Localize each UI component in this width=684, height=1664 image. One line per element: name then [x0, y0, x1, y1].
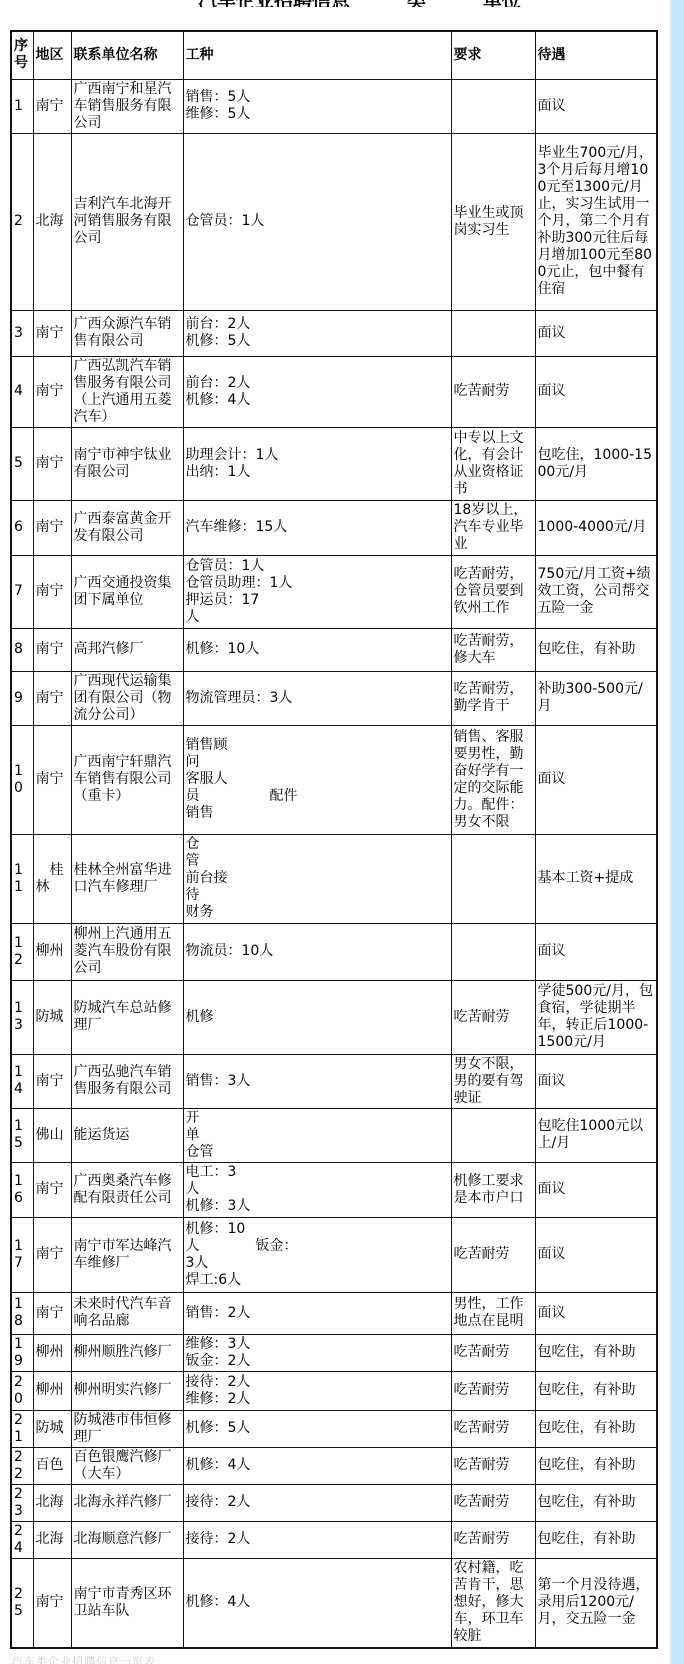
region-cell: 南宁 — [33, 671, 71, 725]
serial-cell: 5 — [11, 427, 33, 500]
region-cell: 南宁 — [33, 1162, 71, 1217]
serial-cell: 11 — [11, 834, 33, 923]
region-cell: 柳州 — [33, 1334, 71, 1371]
serial-cell: 9 — [11, 671, 33, 725]
table-row: 4南宁广西弘凯汽车销售服务有限公司（上汽通用五菱汽车）前台：2人 机修：4人吃苦… — [11, 356, 657, 427]
table-row: 5南宁南宁市神宇钛业有限公司助理会计：1人 出纳：1人中专以上文化，有会计从业资… — [11, 427, 657, 500]
region-cell: 桂 林 — [33, 834, 71, 923]
jobs-cell: 机修：4人 — [183, 1447, 451, 1484]
requirements-cell — [451, 79, 535, 133]
region-cell: 南宁 — [33, 628, 71, 671]
region-cell: 南宁 — [33, 725, 71, 834]
jobs-cell: 销售：5人 维修：5人 — [183, 79, 451, 133]
jobs-cell: 前台：2人 机修：5人 — [183, 310, 451, 356]
region-cell: 百色 — [33, 1447, 71, 1484]
region-cell: 南宁 — [33, 310, 71, 356]
serial-cell: 24 — [11, 1521, 33, 1558]
region-cell: 南宁 — [33, 555, 71, 628]
requirements-cell — [451, 1108, 535, 1162]
salary-cell: 包吃住，有补助 — [535, 628, 657, 671]
jobs-cell: 机修 — [183, 980, 451, 1054]
region-cell: 防城 — [33, 1410, 71, 1447]
serial-cell: 6 — [11, 500, 33, 555]
requirements-cell: 男女不限，男的要有驾驶证 — [451, 1054, 535, 1108]
page-title-text: 汽车企业招聘信息 类 单位 — [0, 0, 660, 7]
salary-cell: 包吃住，有补助 — [535, 1447, 657, 1484]
serial-cell: 3 — [11, 310, 33, 356]
requirements-cell: 吃苦耐劳 — [451, 1410, 535, 1447]
jobs-cell: 仓管员：1人 — [183, 133, 451, 310]
requirements-cell: 吃苦耐劳，仓管员要到钦州工作 — [451, 555, 535, 628]
table-row: 15佛山能运货运开 单 仓管包吃住1000元以上/月 — [11, 1108, 657, 1162]
jobs-cell: 前台：2人 机修：4人 — [183, 356, 451, 427]
requirements-cell: 毕业生或顶岗实习生 — [451, 133, 535, 310]
requirements-cell: 吃苦耐劳 — [451, 980, 535, 1054]
salary-cell: 包吃住，有补助 — [535, 1521, 657, 1558]
table-row: 24北海北海顺意汽修厂接待：2人吃苦耐劳包吃住，有补助 — [11, 1521, 657, 1558]
salary-cell: 面议 — [535, 923, 657, 980]
requirements-cell: 吃苦耐劳 — [451, 1334, 535, 1371]
column-header: 工种 — [183, 31, 451, 79]
company-cell: 广西泰富黄金开发有限公司 — [71, 500, 183, 555]
serial-cell: 23 — [11, 1484, 33, 1521]
company-cell: 广西弘凯汽车销售服务有限公司（上汽通用五菱汽车） — [71, 356, 183, 427]
company-cell: 百色银鹰汽修厂（大车） — [71, 1447, 183, 1484]
job-table-body: 1南宁广西南宁和星汽车销售服务有限公司销售：5人 维修：5人面议2北海吉利汽车北… — [11, 79, 657, 1648]
table-row: 3南宁广西众源汽车销售有限公司前台：2人 机修：5人面议 — [11, 310, 657, 356]
company-cell: 柳州顺胜汽修厂 — [71, 1334, 183, 1371]
salary-cell: 基本工资+提成 — [535, 834, 657, 923]
region-cell: 柳州 — [33, 1371, 71, 1410]
column-header: 待遇 — [535, 31, 657, 79]
serial-cell: 1 — [11, 79, 33, 133]
company-cell: 广西奥桑汽车修配有限责任公司 — [71, 1162, 183, 1217]
salary-cell: 面议 — [535, 1054, 657, 1108]
requirements-cell: 吃苦耐劳 — [451, 356, 535, 427]
serial-cell: 7 — [11, 555, 33, 628]
salary-cell: 包吃住1000元以上/月 — [535, 1108, 657, 1162]
column-header: 联系单位名称 — [71, 31, 183, 79]
company-cell: 南宁市青秀区环卫站车队 — [71, 1558, 183, 1648]
region-cell: 柳州 — [33, 923, 71, 980]
table-row: 1南宁广西南宁和星汽车销售服务有限公司销售：5人 维修：5人面议 — [11, 79, 657, 133]
table-row: 12柳州柳州上汽通用五菱汽车股份有限公司物流员：10人面议 — [11, 923, 657, 980]
jobs-cell: 机修：10人 — [183, 628, 451, 671]
company-cell: 北海顺意汽修厂 — [71, 1521, 183, 1558]
jobs-cell: 汽车维修：15人 — [183, 500, 451, 555]
salary-cell: 包吃住，有补助 — [535, 1484, 657, 1521]
region-cell: 南宁 — [33, 1558, 71, 1648]
company-cell: 柳州明实汽修厂 — [71, 1371, 183, 1410]
requirements-cell: 男性，工作地点在昆明 — [451, 1292, 535, 1334]
salary-cell: 毕业生700元/月，3个月后每月增100元至1300元/月止，实习生试用一个月，… — [535, 133, 657, 310]
table-row: 25南宁南宁市青秀区环卫站车队机修：4人农村籍，吃苦肯干，思想好，修大车，环卫车… — [11, 1558, 657, 1648]
region-cell: 防城 — [33, 980, 71, 1054]
table-row: 10南宁广西南宁轩鼎汽车销售有限公司（重卡）销售顾 问 客服人 员 配件 销售销… — [11, 725, 657, 834]
jobs-cell: 机修：5人 — [183, 1410, 451, 1447]
salary-cell: 750元/月工资+绩效工资，公司帮交五险一金 — [535, 555, 657, 628]
region-cell: 北海 — [33, 1521, 71, 1558]
jobs-cell: 接待：2人 维修：2人 — [183, 1371, 451, 1410]
requirements-cell: 18岁以上，汽车专业毕业 — [451, 500, 535, 555]
company-cell: 广西南宁轩鼎汽车销售有限公司（重卡） — [71, 725, 183, 834]
serial-cell: 22 — [11, 1447, 33, 1484]
page-title-clipped: 汽车企业招聘信息 类 单位 — [0, 0, 660, 7]
column-header: 序号 — [11, 31, 33, 79]
jobs-cell: 销售：3人 — [183, 1054, 451, 1108]
requirements-cell: 吃苦耐劳，修大车 — [451, 628, 535, 671]
company-cell: 广西众源汽车销售有限公司 — [71, 310, 183, 356]
jobs-cell: 机修：10 人 钣金： 3人 焊工:6人 — [183, 1217, 451, 1292]
jobs-cell: 销售：2人 — [183, 1292, 451, 1334]
serial-cell: 20 — [11, 1371, 33, 1410]
serial-cell: 13 — [11, 980, 33, 1054]
serial-cell: 8 — [11, 628, 33, 671]
requirements-cell: 吃苦耐劳 — [451, 1484, 535, 1521]
jobs-cell: 电工：3 人 机修：3人 — [183, 1162, 451, 1217]
requirements-cell: 吃苦耐劳 — [451, 1447, 535, 1484]
table-row: 11 桂 林桂林全州富华进口汽车修理厂仓 管 前台接 待 财务基本工资+提成 — [11, 834, 657, 923]
table-row: 8南宁高邦汽修厂机修：10人吃苦耐劳，修大车包吃住，有补助 — [11, 628, 657, 671]
table-row: 2北海吉利汽车北海开河销售服务有限公司仓管员：1人毕业生或顶岗实习生毕业生700… — [11, 133, 657, 310]
serial-cell: 18 — [11, 1292, 33, 1334]
page: { "page": { "clipped_title": "汽车企业招聘信息 类… — [0, 0, 684, 1664]
company-cell: 南宁市神宇钛业有限公司 — [71, 427, 183, 500]
window-background-strip — [669, 0, 684, 1664]
table-row: 17南宁南宁市军达峰汽车维修厂机修：10 人 钣金： 3人 焊工:6人吃苦耐劳面… — [11, 1217, 657, 1292]
region-cell: 南宁 — [33, 1292, 71, 1334]
salary-cell: 面议 — [535, 1162, 657, 1217]
table-row: 6南宁广西泰富黄金开发有限公司汽车维修：15人18岁以上，汽车专业毕业1000-… — [11, 500, 657, 555]
requirements-cell: 机修工要求是本市户口 — [451, 1162, 535, 1217]
serial-cell: 4 — [11, 356, 33, 427]
salary-cell: 学徒500元/月，包食宿，学徒期半年，转正后1000-1500元/月 — [535, 980, 657, 1054]
requirements-cell — [451, 310, 535, 356]
salary-cell: 包吃住，有补助 — [535, 1334, 657, 1371]
serial-cell: 12 — [11, 923, 33, 980]
table-row: 22百色百色银鹰汽修厂（大车）机修：4人吃苦耐劳包吃住，有补助 — [11, 1447, 657, 1484]
jobs-cell: 助理会计：1人 出纳：1人 — [183, 427, 451, 500]
jobs-cell: 开 单 仓管 — [183, 1108, 451, 1162]
footer-clipped-text: 汽车类企业招聘信息一览表 — [12, 1653, 512, 1664]
serial-cell: 21 — [11, 1410, 33, 1447]
requirements-cell: 吃苦耐劳，勤学肯干 — [451, 671, 535, 725]
company-cell: 广西弘驰汽车销售服务有限公司 — [71, 1054, 183, 1108]
salary-cell: 包吃住，1000-1500元/月 — [535, 427, 657, 500]
company-cell: 南宁市军达峰汽车维修厂 — [71, 1217, 183, 1292]
requirements-cell: 中专以上文化，有会计从业资格证书 — [451, 427, 535, 500]
serial-cell: 17 — [11, 1217, 33, 1292]
serial-cell: 15 — [11, 1108, 33, 1162]
salary-cell: 面议 — [535, 1217, 657, 1292]
region-cell: 北海 — [33, 133, 71, 310]
table-row: 21防城防城港市伟恒修理厂机修：5人吃苦耐劳包吃住，有补助 — [11, 1410, 657, 1447]
salary-cell: 面议 — [535, 310, 657, 356]
salary-cell: 第一个月没待遇，录用后1200元/月，交五险一金 — [535, 1558, 657, 1648]
company-cell: 广西南宁和星汽车销售服务有限公司 — [71, 79, 183, 133]
jobs-cell: 仓 管 前台接 待 财务 — [183, 834, 451, 923]
region-cell: 南宁 — [33, 79, 71, 133]
table-row: 16南宁广西奥桑汽车修配有限责任公司电工：3 人 机修：3人机修工要求是本市户口… — [11, 1162, 657, 1217]
company-cell: 广西现代运输集团有限公司（物流分公司） — [71, 671, 183, 725]
table-row: 19柳州柳州顺胜汽修厂维修：3人 钣金：2人吃苦耐劳包吃住，有补助 — [11, 1334, 657, 1371]
jobs-cell: 接待：2人 — [183, 1521, 451, 1558]
company-cell: 防城港市伟恒修理厂 — [71, 1410, 183, 1447]
requirements-cell: 吃苦耐劳 — [451, 1217, 535, 1292]
salary-cell: 包吃住，有补助 — [535, 1410, 657, 1447]
jobs-cell: 销售顾 问 客服人 员 配件 销售 — [183, 725, 451, 834]
serial-cell: 10 — [11, 725, 33, 834]
requirements-cell: 吃苦耐劳 — [451, 1371, 535, 1410]
table-row: 14南宁广西弘驰汽车销售服务有限公司销售：3人男女不限，男的要有驾驶证面议 — [11, 1054, 657, 1108]
requirements-cell: 吃苦耐劳 — [451, 1521, 535, 1558]
company-cell: 广西交通投资集团下属单位 — [71, 555, 183, 628]
salary-cell: 1000-4000元/月 — [535, 500, 657, 555]
company-cell: 未来时代汽车音响名品廊 — [71, 1292, 183, 1334]
column-header: 地区 — [33, 31, 71, 79]
table-row: 13防城防城汽车总站修理厂机修吃苦耐劳学徒500元/月，包食宿，学徒期半年，转正… — [11, 980, 657, 1054]
region-cell: 南宁 — [33, 500, 71, 555]
salary-cell: 面议 — [535, 356, 657, 427]
jobs-cell: 接待：2人 — [183, 1484, 451, 1521]
region-cell: 南宁 — [33, 1054, 71, 1108]
requirements-cell — [451, 834, 535, 923]
company-cell: 北海永祥汽修厂 — [71, 1484, 183, 1521]
serial-cell: 14 — [11, 1054, 33, 1108]
table-row: 20柳州柳州明实汽修厂接待：2人 维修：2人吃苦耐劳包吃住，有补助 — [11, 1371, 657, 1410]
serial-cell: 19 — [11, 1334, 33, 1371]
table-row: 18南宁未来时代汽车音响名品廊销售：2人男性，工作地点在昆明面议 — [11, 1292, 657, 1334]
salary-cell: 面议 — [535, 725, 657, 834]
job-table-header: 序号地区联系单位名称工种要求待遇 — [11, 31, 657, 79]
company-cell: 柳州上汽通用五菱汽车股份有限公司 — [71, 923, 183, 980]
job-table: 序号地区联系单位名称工种要求待遇 1南宁广西南宁和星汽车销售服务有限公司销售：5… — [10, 30, 658, 1649]
table-row: 7南宁广西交通投资集团下属单位仓管员：1人 仓管员助理：1人 押运员：17 人吃… — [11, 555, 657, 628]
column-header: 要求 — [451, 31, 535, 79]
company-cell: 吉利汽车北海开河销售服务有限公司 — [71, 133, 183, 310]
region-cell: 佛山 — [33, 1108, 71, 1162]
table-row: 9南宁广西现代运输集团有限公司（物流分公司）物流管理员：3人吃苦耐劳，勤学肯干补… — [11, 671, 657, 725]
serial-cell: 16 — [11, 1162, 33, 1217]
salary-cell: 面议 — [535, 1292, 657, 1334]
table-row: 23北海北海永祥汽修厂接待：2人吃苦耐劳包吃住，有补助 — [11, 1484, 657, 1521]
jobs-cell: 机修：4人 — [183, 1558, 451, 1648]
salary-cell: 面议 — [535, 79, 657, 133]
company-cell: 桂林全州富华进口汽车修理厂 — [71, 834, 183, 923]
jobs-cell: 维修：3人 钣金：2人 — [183, 1334, 451, 1371]
jobs-cell: 仓管员：1人 仓管员助理：1人 押运员：17 人 — [183, 555, 451, 628]
region-cell: 南宁 — [33, 1217, 71, 1292]
header-row: 序号地区联系单位名称工种要求待遇 — [11, 31, 657, 79]
region-cell: 南宁 — [33, 427, 71, 500]
salary-cell: 包吃住，有补助 — [535, 1371, 657, 1410]
company-cell: 防城汽车总站修理厂 — [71, 980, 183, 1054]
requirements-cell: 农村籍，吃苦肯干，思想好，修大车，环卫车较脏 — [451, 1558, 535, 1648]
region-cell: 南宁 — [33, 356, 71, 427]
company-cell: 高邦汽修厂 — [71, 628, 183, 671]
requirements-cell — [451, 923, 535, 980]
company-cell: 能运货运 — [71, 1108, 183, 1162]
jobs-cell: 物流员：10人 — [183, 923, 451, 980]
region-cell: 北海 — [33, 1484, 71, 1521]
jobs-cell: 物流管理员：3人 — [183, 671, 451, 725]
requirements-cell: 销售、客服要男性，勤奋好学有一定的交际能力。配件：男女不限 — [451, 725, 535, 834]
serial-cell: 25 — [11, 1558, 33, 1648]
serial-cell: 2 — [11, 133, 33, 310]
salary-cell: 补助300-500元/月 — [535, 671, 657, 725]
